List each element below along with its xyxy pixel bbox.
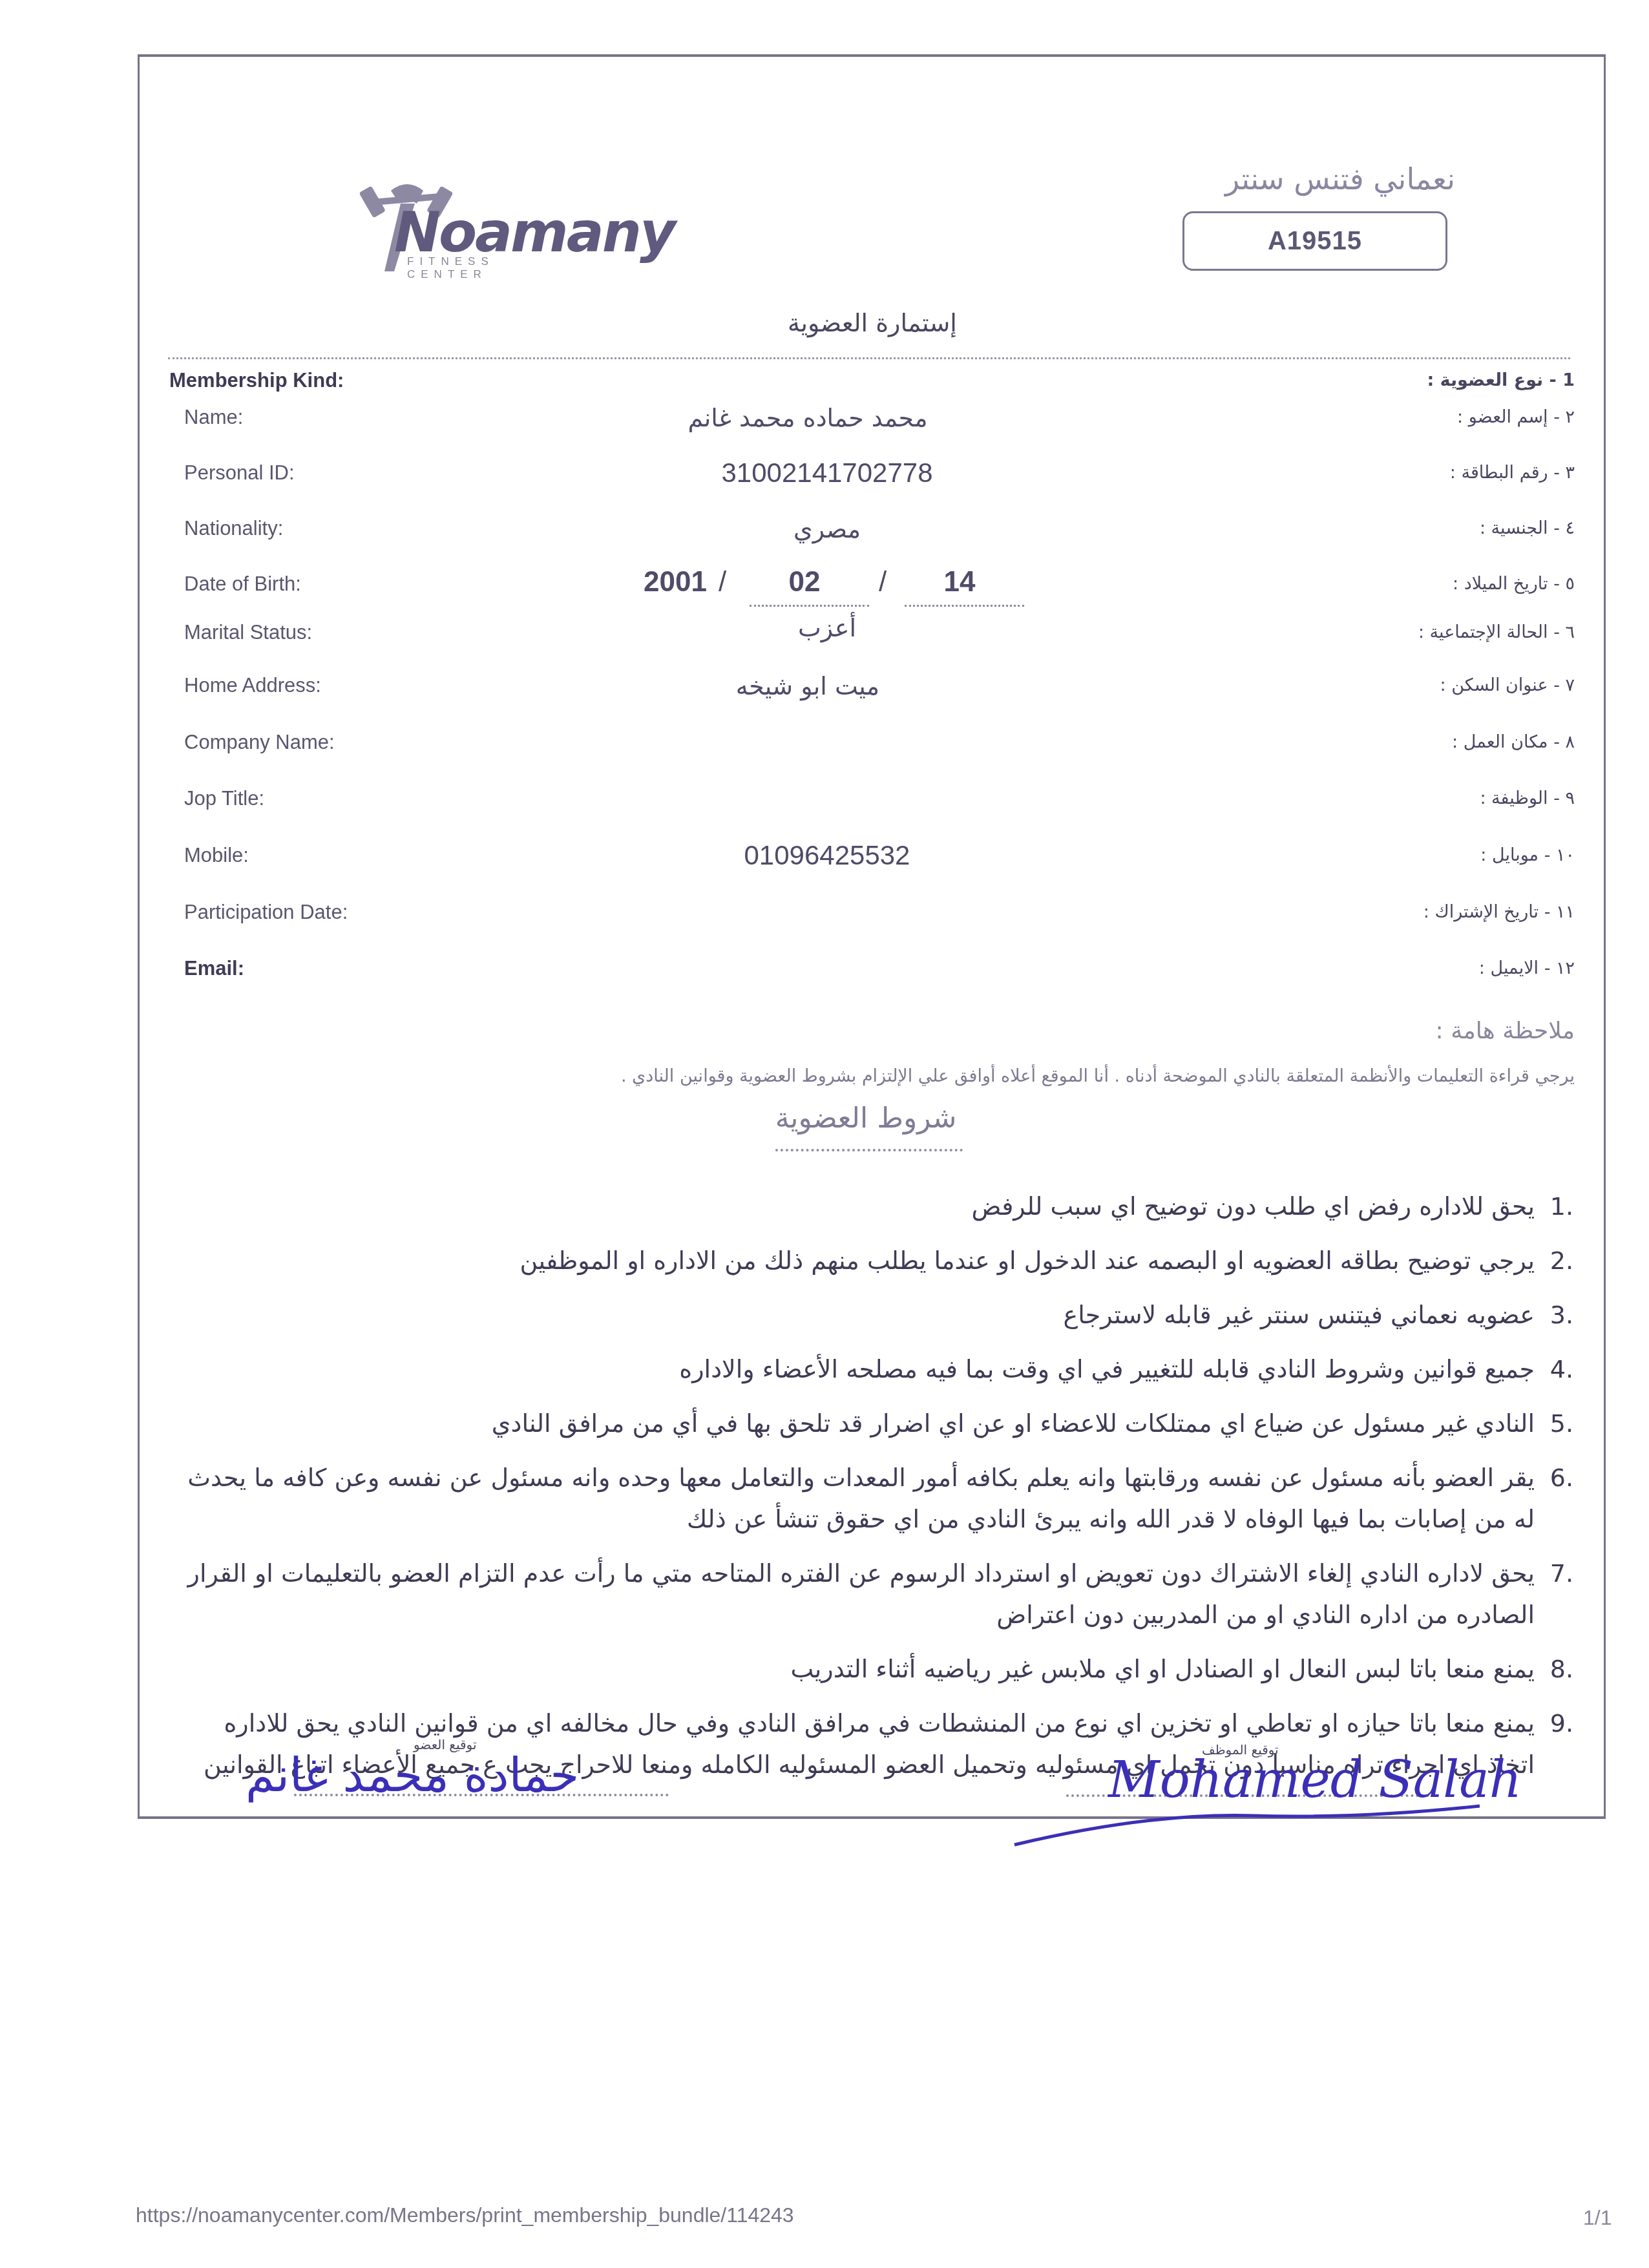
term-item: 1.يحق للاداره رفض اي طلب دون توضيح اي سب…	[174, 1186, 1573, 1227]
label-ar-marital-status: ٦ - الحالة الإجتماعية :	[1418, 622, 1575, 642]
label-personal-id: Personal ID:	[184, 461, 295, 485]
dob-day-underline	[905, 605, 1024, 607]
header-divider	[168, 357, 1570, 359]
value-marital-status: أعزب	[730, 614, 924, 642]
label-name: Name:	[184, 406, 243, 429]
term-number: 8.	[1550, 1648, 1573, 1690]
value-personal-id: 31002141702778	[646, 457, 1008, 488]
value-mobile: 01096425532	[666, 840, 989, 871]
label-job-title: Jop Title:	[184, 787, 264, 810]
term-number: 9.	[1550, 1703, 1573, 1744]
dob-month-underline	[750, 605, 869, 607]
label-nationality: Nationality:	[184, 517, 283, 540]
label-ar-mobile: ١٠ - موبايل :	[1480, 845, 1575, 865]
term-item: 5.النادي غير مسئول عن ضياع اي ممتلكات لل…	[174, 1403, 1573, 1444]
dob-year: 2001	[636, 566, 714, 598]
term-item: 8.يمنع منعا باتا لبس النعال او الصنادل ا…	[174, 1648, 1573, 1690]
dob-separator: /	[879, 566, 887, 598]
label-home-address: Home Address:	[184, 674, 321, 697]
term-number: 6.	[1550, 1457, 1573, 1498]
brand-name-arabic: نعماني فتنس سنتر	[1225, 162, 1455, 196]
term-text: يرجي توضيح بطاقه العضويه او البصمه عند ا…	[520, 1246, 1535, 1275]
label-ar-name: ٢ - إسم العضو :	[1457, 407, 1575, 427]
label-ar-membership-kind: 1 - نوع العضوية :	[1427, 370, 1575, 390]
terms-title-underline	[775, 1149, 963, 1151]
label-ar-job-title: ٩ - الوظيفة :	[1480, 788, 1575, 808]
logo-subtitle: FITNESS CENTER	[407, 255, 575, 281]
label-email: Email:	[184, 957, 244, 980]
term-number: 3.	[1550, 1294, 1573, 1336]
label-membership-kind: Membership Kind:	[169, 369, 344, 392]
term-text: عضويه نعماني فيتنس سنتر غير قابله لاسترج…	[1064, 1301, 1535, 1329]
term-number: 5.	[1550, 1403, 1573, 1444]
term-text: النادي غير مسئول عن ضياع اي ممتلكات للاع…	[492, 1409, 1535, 1438]
important-note-text: يرجي قراءة التعليمات والأنظمة المتعلقة ب…	[621, 1066, 1575, 1086]
label-ar-participation-date: ١١ - تاريخ الإشتراك :	[1423, 902, 1575, 922]
label-mobile: Mobile:	[184, 844, 249, 867]
term-text: يحق لاداره النادي إلغاء الاشتراك دون تعو…	[188, 1559, 1535, 1629]
footer-url: https://noamanycenter.com/Members/print_…	[136, 2203, 794, 2227]
label-ar-email: ١٢ - الايميل :	[1479, 958, 1575, 978]
dob-separator: /	[719, 566, 726, 598]
terms-title: شروط العضوية	[769, 1102, 963, 1135]
term-number: 2.	[1550, 1240, 1573, 1281]
page-number: 1/1	[1583, 2206, 1612, 2230]
membership-code-box: A19515	[1182, 211, 1447, 271]
value-home-address: ميت ابو شيخه	[678, 672, 937, 700]
term-item: 4.جميع قوانين وشروط النادي قابله للتغيير…	[174, 1349, 1573, 1390]
label-ar-company-name: ٨ - مكان العمل :	[1452, 732, 1575, 752]
dob-day: 14	[905, 566, 1014, 598]
label-company-name: Company Name:	[184, 731, 335, 754]
term-item: 6.يقر العضو بأنه مسئول عن نفسه ورقابتها …	[174, 1457, 1573, 1540]
term-number: 7.	[1550, 1553, 1573, 1594]
dob-month: 02	[750, 566, 859, 598]
term-item: 3.عضويه نعماني فيتنس سنتر غير قابله لاست…	[174, 1294, 1573, 1336]
term-number: 4.	[1550, 1349, 1573, 1390]
brand-logo: Noamany FITNESS CENTER	[355, 165, 575, 275]
label-date-of-birth: Date of Birth:	[184, 572, 301, 596]
term-text: يقر العضو بأنه مسئول عن نفسه ورقابتها وا…	[187, 1464, 1535, 1533]
label-ar-home-address: ٧ - عنوان السكن :	[1440, 675, 1575, 695]
label-marital-status: Marital Status:	[184, 621, 312, 644]
membership-code: A19515	[1268, 227, 1362, 256]
term-text: جميع قوانين وشروط النادي قابله للتغيير ف…	[679, 1355, 1535, 1383]
term-number: 1.	[1550, 1186, 1573, 1227]
terms-list: 1.يحق للاداره رفض اي طلب دون توضيح اي سب…	[174, 1186, 1573, 1798]
label-ar-date-of-birth: ٥ - تاريخ الميلاد :	[1453, 574, 1575, 594]
signature-flourish-icon	[1008, 1800, 1486, 1851]
form-title: إستمارة العضوية	[678, 309, 1066, 337]
value-nationality: مصري	[730, 515, 924, 543]
member-signature: حمادة محمد غانم	[246, 1748, 579, 1802]
term-item: 2.يرجي توضيح بطاقه العضويه او البصمه عند…	[174, 1240, 1573, 1281]
term-text: يحق للاداره رفض اي طلب دون توضيح اي سبب …	[972, 1192, 1535, 1221]
value-name: محمد حماده محمد غانم	[646, 404, 969, 432]
label-ar-nationality: ٤ - الجنسية :	[1480, 518, 1575, 538]
term-text: يمنع منعا باتا لبس النعال او الصنادل او …	[790, 1655, 1535, 1683]
label-participation-date: Participation Date:	[184, 901, 348, 924]
important-note-heading: ملاحظة هامة :	[1436, 1018, 1575, 1044]
term-item: 7.يحق لاداره النادي إلغاء الاشتراك دون ت…	[174, 1553, 1573, 1635]
label-ar-personal-id: ٣ - رقم البطاقة :	[1450, 463, 1575, 483]
